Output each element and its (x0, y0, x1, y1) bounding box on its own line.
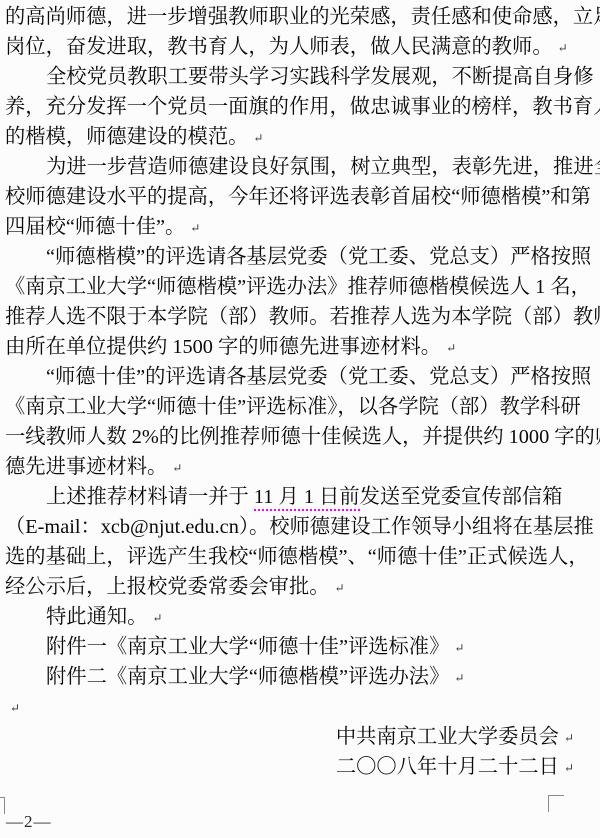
text-line: ↵ (5, 692, 600, 722)
text-line: 选的基础上，评选产生我校“师德楷模”、“师德十佳”正式候选人， (5, 542, 600, 572)
paragraph-return-icon: ↵ (253, 123, 263, 153)
text-segment: “师德楷模”的评选请各基层党委（党工委、党总支）严格按照 (46, 246, 591, 268)
text-line: 四届校“师德十佳”。↵ (5, 212, 600, 242)
text-boundary-mark-bottom-right (548, 795, 564, 812)
text-line: 岗位，奋发进取，教书育人，为人师表，做人民满意的教师。↵ (5, 32, 600, 62)
text-segment: 特此通知。 (46, 606, 147, 628)
text-line: 由所在单位提供约 1500 字的师德先进事迹材料。↵ (5, 332, 600, 362)
text-line: 上述推荐材料请一并于 11 月 1 日前发送至党委宣传部信箱 (5, 482, 600, 512)
text-segment: 的高尚师德，进一步增强教师职业的光荣感，责任感和使命感，立足 (5, 6, 600, 28)
text-segment: 全校党员教职工要带头学习实践科学发展观，不断提高自身修 (46, 66, 594, 88)
text-segment: 德先进事迹材料。 (5, 456, 167, 478)
text-segment: “师德十佳”的评选请各基层党委（党工委、党总支）严格按照 (46, 366, 591, 388)
paragraph-return-icon: ↵ (172, 453, 182, 483)
text-segment: （E-mail：xcb@njut.edu.cn）。校师德建设工作领导小组将在基层… (5, 516, 594, 538)
text-segment: 《南京工业大学“师德十佳”评选标准》，以各学院（部）教学科研 (5, 396, 581, 418)
text-line: 的楷模，师德建设的模范。↵ (5, 122, 600, 152)
text-segment: 中共南京工业大学委员会 (336, 726, 559, 748)
text-segment: 养，充分发挥一个党员一面旗的作用，做忠诚事业的榜样，教书育人 (5, 96, 600, 118)
text-line: （E-mail：xcb@njut.edu.cn）。校师德建设工作领导小组将在基层… (5, 512, 600, 542)
text-line: 推荐人选不限于本学院（部）教师。若推荐人选为本学院（部）教师， (5, 302, 600, 332)
paragraph-return-icon: ↵ (454, 633, 464, 663)
paragraph-return-icon: ↵ (454, 663, 464, 693)
text-segment: 为进一步营造师德建设良好氛围，树立典型，表彰先进，推进全 (46, 156, 600, 178)
paragraph-return-icon: ↵ (190, 213, 200, 243)
text-segment: 《南京工业大学“师德楷模”评选办法》推荐师德楷模候选人 1 名， (5, 276, 591, 298)
text-line: 为进一步营造师德建设良好氛围，树立典型，表彰先进，推进全 (5, 152, 600, 182)
text-segment: 一线教师人数 2%的比例推荐师德十佳候选人，并提供约 1000 字的师 (5, 426, 600, 448)
text-segment: 由所在单位提供约 1500 字的师德先进事迹材料。 (5, 336, 441, 358)
paragraph-return-icon: ↵ (446, 333, 456, 363)
text-segment: 上述推荐材料请一并于 (46, 486, 254, 508)
text-segment: 校师德建设水平的提高，今年还将评选表彰首届校“师德楷模”和第 (5, 186, 591, 208)
text-segment: 经公示后，上报校党委常委会审批。 (5, 576, 330, 598)
text-line: 的高尚师德，进一步增强教师职业的光荣感，责任感和使命感，立足 (5, 2, 600, 32)
text-line: 二〇〇八年十月二十二日↵ (5, 752, 600, 782)
text-segment: 四届校“师德十佳”。 (5, 216, 185, 238)
text-boundary-mark-bottom-left (0, 797, 5, 814)
paragraph-return-icon: ↵ (152, 603, 162, 633)
text-segment: 选的基础上，评选产生我校“师德楷模”、“师德十佳”正式候选人， (5, 546, 589, 568)
text-line: 经公示后，上报校党委常委会审批。↵ (5, 572, 600, 602)
text-line: “师德十佳”的评选请各基层党委（党工委、党总支）严格按照 (5, 362, 600, 392)
paragraph-return-icon: ↵ (10, 693, 20, 723)
page-number: —2— (6, 812, 52, 832)
deadline-highlighted-text: 11 月 1 日前 (254, 486, 360, 511)
text-line: 中共南京工业大学委员会↵ (5, 722, 600, 752)
paragraph-return-icon: ↵ (558, 33, 568, 63)
document-body: 的高尚师德，进一步增强教师职业的光荣感，责任感和使命感，立足岗位，奋发进取，教书… (5, 2, 600, 782)
text-segment: 附件一《南京工业大学“师德十佳”评选标准》 (46, 636, 449, 658)
paragraph-return-icon: ↵ (564, 723, 574, 753)
text-segment: 推荐人选不限于本学院（部）教师。若推荐人选为本学院（部）教师， (5, 306, 600, 328)
text-line: “师德楷模”的评选请各基层党委（党工委、党总支）严格按照 (5, 242, 600, 272)
text-line: 一线教师人数 2%的比例推荐师德十佳候选人，并提供约 1000 字的师 (5, 422, 600, 452)
text-line: 德先进事迹材料。↵ (5, 452, 600, 482)
text-line: 附件二《南京工业大学“师德楷模”评选办法》↵ (5, 662, 600, 692)
text-segment: 岗位，奋发进取，教书育人，为人师表，做人民满意的教师。 (5, 36, 553, 58)
text-line: 养，充分发挥一个党员一面旗的作用，做忠诚事业的榜样，教书育人 (5, 92, 600, 122)
document-page: 的高尚师德，进一步增强教师职业的光荣感，责任感和使命感，立足岗位，奋发进取，教书… (5, 2, 600, 782)
text-line: 《南京工业大学“师德十佳”评选标准》，以各学院（部）教学科研 (5, 392, 600, 422)
text-line: 全校党员教职工要带头学习实践科学发展观，不断提高自身修 (5, 62, 600, 92)
text-line: 特此通知。↵ (5, 602, 600, 632)
text-segment: 附件二《南京工业大学“师德楷模”评选办法》 (46, 666, 449, 688)
text-segment: 二〇〇八年十月二十二日 (336, 756, 559, 778)
paragraph-return-icon: ↵ (564, 753, 574, 783)
text-line: 附件一《南京工业大学“师德十佳”评选标准》↵ (5, 632, 600, 662)
text-line: 《南京工业大学“师德楷模”评选办法》推荐师德楷模候选人 1 名， (5, 272, 600, 302)
paragraph-return-icon: ↵ (335, 573, 345, 603)
text-segment: 的楷模，师德建设的模范。 (5, 126, 248, 148)
text-segment: 发送至党委宣传部信箱 (360, 486, 563, 508)
text-line: 校师德建设水平的提高，今年还将评选表彰首届校“师德楷模”和第 (5, 182, 600, 212)
